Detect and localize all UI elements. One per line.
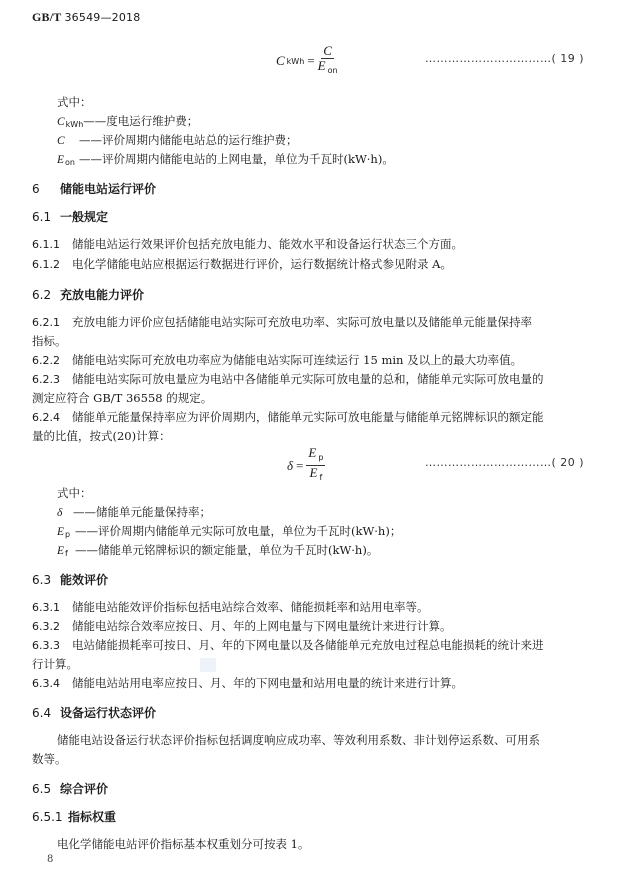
section-6-5-1-paragraph: 电化学储能电站评价指标基本权重划分可按表 1。 [57,836,309,852]
page-number: 8 [47,854,53,865]
standard-code: GB/T 36549—2018 [32,10,140,25]
where-20-item: δ——储能单元能量保持率； [57,504,211,521]
formula-19: CkWh = C Eon [276,44,338,78]
clause-6-2-4: 6.2.4储能单元能量保持率应为评价周期内，储能单元实际可放电能量与储能单元铭牌… [32,409,544,426]
clause-6-3-4: 6.3.4储能电站站用电率应按日、月、年的下网电量和站用电量的统计来进行计算。 [32,675,463,692]
where-intro-20: 式中： [57,485,92,501]
section-6-5-heading: 6.5综合评价 [32,780,108,797]
formula-19-fraction: C Eon [318,44,338,78]
section-6-2-heading: 6.2充放电能力评价 [32,286,144,303]
clause-6-3-2: 6.3.2储能电站综合效率应按日、月、年的上网电量与下网电量统计来进行计算。 [32,618,452,635]
section-6-4-heading: 6.4设备运行状态评价 [32,704,156,721]
equation-number-20: ……………………………( 20 ) [425,456,584,469]
section-6-5-1-heading: 6.5.1指标权重 [32,808,116,825]
clause-6-3-3: 6.3.3电站储能损耗率可按日、月、年的下网电量以及各储能单元充放电过程总电能损… [32,637,544,654]
clause-6-3-3-cont: 行计算。 [32,656,78,672]
formula-20: δ = Ep Ef [287,446,325,485]
where-19-item: C——评价周期内储能电站总的运行维护费； [57,132,298,149]
section-6-1-heading: 6.1一般规定 [32,208,108,225]
where-20-item: Ef——储能单元铭牌标识的额定能量，单位为千瓦时(kW·h)。 [57,542,378,562]
formula-20-fraction: Ep Ef [306,446,325,485]
clause-6-2-2: 6.2.2储能电站实际可充放电功率应为储能电站实际可连续运行 15 min 及以… [32,352,522,369]
where-intro-19: 式中： [57,94,92,110]
section-6-4-paragraph-cont: 数等。 [32,751,67,767]
equation-number-19: ……………………………( 19 ) [425,52,584,65]
standard-code-prefix: GB/T [32,10,61,24]
section-6-3-heading: 6.3能效评价 [32,571,108,588]
clause-6-1-1: 6.1.1储能电站运行效果评价包括充放电能力、能效水平和设备运行状态三个方面。 [32,236,463,253]
clause-6-2-3-cont: 测定应符合 GB/T 36558 的规定。 [32,390,212,406]
clause-6-2-1-cont: 指标。 [32,333,67,349]
clause-6-2-1: 6.2.1充放电能力评价应包括储能电站实际可充放电功率、实际可放电量以及储能单元… [32,314,532,331]
clause-6-3-1: 6.3.1储能电站能效评价指标包括电站综合效率、储能损耗率和站用电率等。 [32,599,429,616]
where-20-item: Ep——评价周期内储能单元实际可放电量，单位为千瓦时(kW·h)； [57,523,401,543]
watermark-mark [200,658,216,672]
section-6-4-paragraph: 储能电站设备运行状态评价指标包括调度响应成功率、等效利用系数、非计划停运系数、可… [57,732,540,748]
clause-6-2-3: 6.2.3储能电站实际可放电量应为电站中各储能单元实际可放电量的总和，储能单元实… [32,371,544,388]
where-19-item: CkWh——度电运行维护费； [57,113,198,133]
where-19-item: Eon——评价周期内储能电站的上网电量，单位为千瓦时(kW·h)。 [57,151,394,171]
clause-6-1-2: 6.1.2电化学储能电站应根据运行数据进行评价，运行数据统计格式参见附录 A。 [32,256,452,273]
standard-code-number: 36549—2018 [64,11,140,24]
formula-19-lhs: C [276,53,285,69]
clause-6-2-4-cont: 量的比值，按式(20)计算： [32,428,171,444]
section-6-heading: 6储能电站运行评价 [32,180,156,197]
